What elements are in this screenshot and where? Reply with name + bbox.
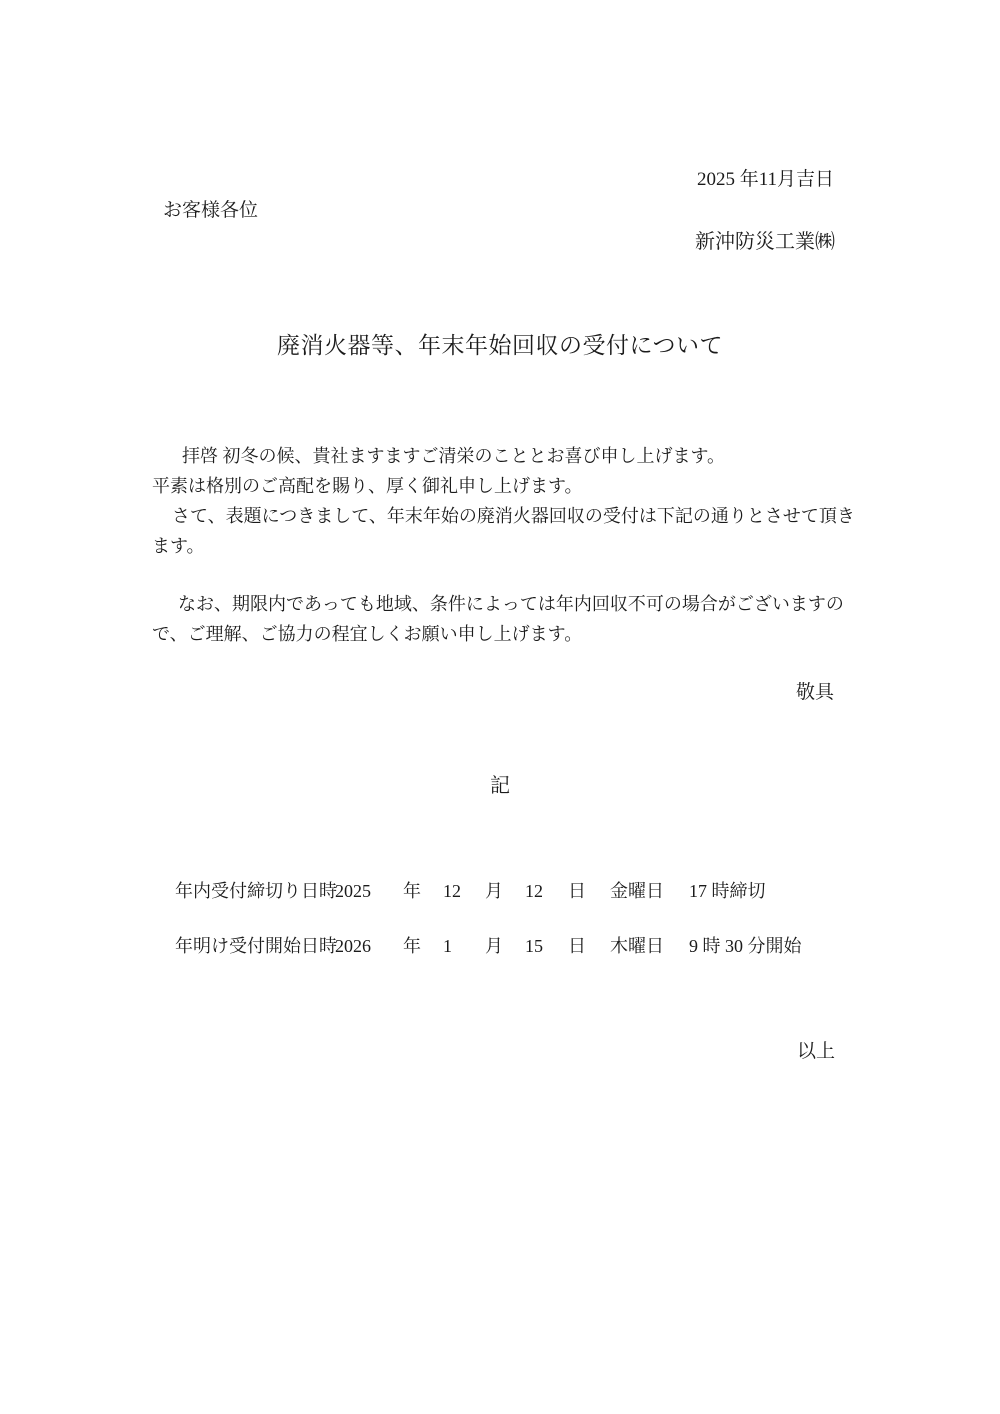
closing-word: 敬具 (0, 679, 1000, 707)
schedule-day: 12 (525, 876, 568, 906)
paragraph-line: なお、期限内であっても地域、条件によっては年内回収不可の場合がございますの (152, 589, 872, 619)
schedule-time: 17 時締切 (689, 876, 766, 906)
sender-company: 新沖防災工業㈱ (0, 229, 1000, 255)
document-title: 廃消火器等、年末年始回収の受付について (0, 329, 1000, 362)
paragraph-line: で、ご理解、ご協力の程宜しくお願い申し上げます。 (152, 619, 872, 649)
schedule-weekday: 木曜日 (610, 931, 689, 961)
schedule-time: 9 時 30 分開始 (689, 931, 802, 961)
schedule-label: 年内受付締切り日時 (175, 876, 335, 906)
month-unit: 月 (485, 931, 525, 961)
schedule-row-deadline: 年内受付締切り日時2025年12月12日金曜日17 時締切 (175, 876, 766, 906)
recipient-line: お客様各位 (0, 198, 1000, 224)
year-unit: 年 (403, 931, 443, 961)
schedule-row-restart: 年明け受付開始日時2026年1月15日木曜日9 時 30 分開始 (175, 931, 802, 961)
year-unit: 年 (403, 876, 443, 906)
month-unit: 月 (485, 876, 525, 906)
record-marker: 記 (0, 771, 1000, 801)
schedule-year: 2025 (335, 876, 403, 906)
schedule-month: 1 (443, 931, 485, 961)
schedule-label: 年明け受付開始日時 (175, 931, 335, 961)
greeting-paragraph: 拝啓 初冬の候、貴社ますますご清栄のこととお喜び申し上げます。 平素は格別のご高… (152, 441, 872, 561)
document-date: 2025 年11月吉日 (0, 167, 1000, 193)
schedule-weekday: 金曜日 (610, 876, 689, 906)
end-marker: 以上 (0, 1038, 1000, 1066)
schedule-year: 2026 (335, 931, 403, 961)
notice-paragraph: なお、期限内であっても地域、条件によっては年内回収不可の場合がございますの で、… (152, 589, 872, 649)
schedule-day: 15 (525, 931, 568, 961)
document-page: 2025 年11月吉日 お客様各位 新沖防災工業㈱ 廃消火器等、年末年始回収の受… (0, 0, 1000, 1414)
paragraph-line: さて、表題につきまして、年末年始の廃消火器回収の受付は下記の通りとさせて頂き (152, 501, 872, 531)
schedule-month: 12 (443, 876, 485, 906)
paragraph-line: 拝啓 初冬の候、貴社ますますご清栄のこととお喜び申し上げます。 (152, 441, 872, 471)
paragraph-line: 平素は格別のご高配を賜り、厚く御礼申し上げます。 (152, 471, 872, 501)
paragraph-line: ます。 (152, 531, 872, 561)
day-unit: 日 (568, 931, 610, 961)
day-unit: 日 (568, 876, 610, 906)
